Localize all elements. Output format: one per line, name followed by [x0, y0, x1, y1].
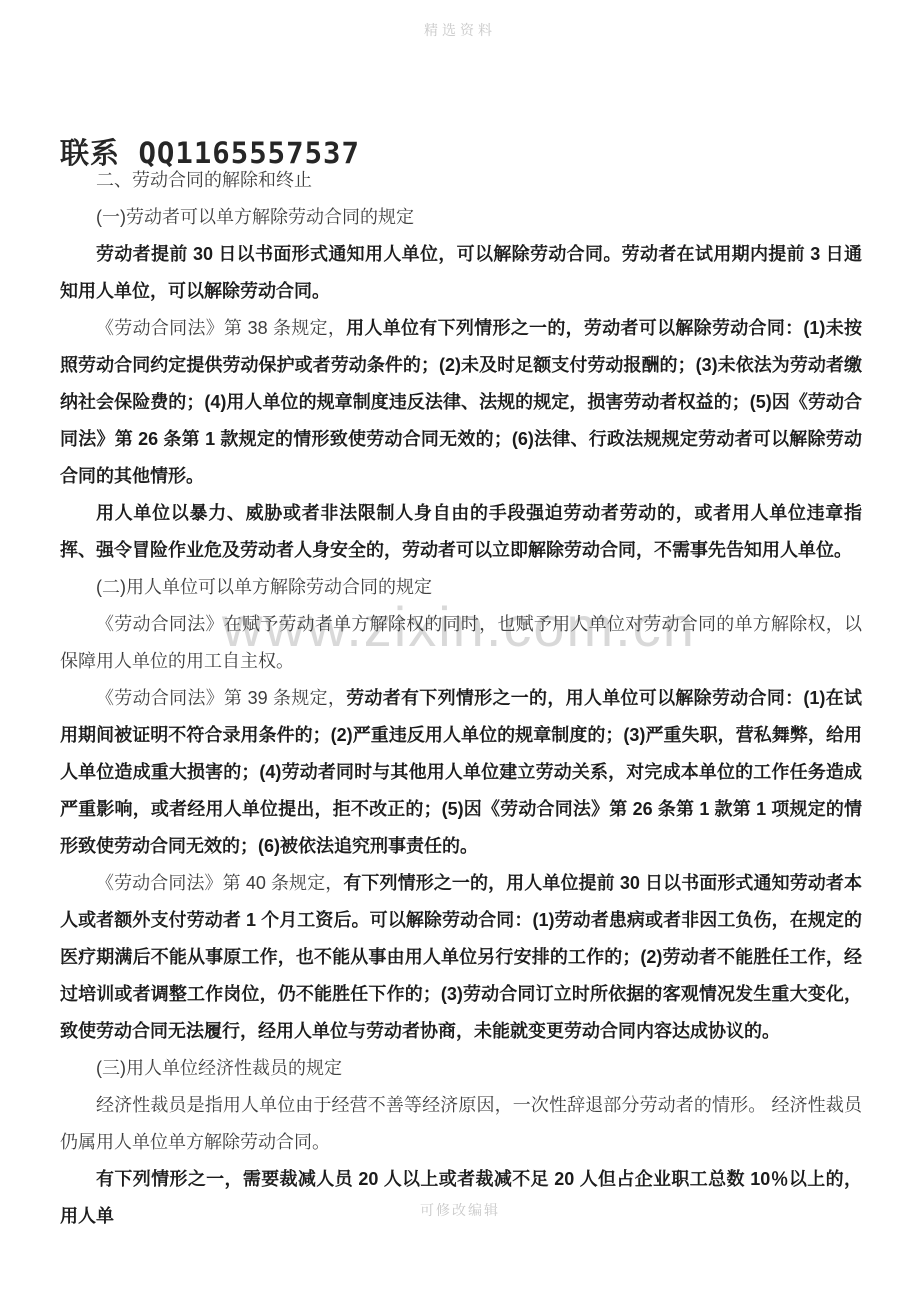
text-run: 经济性裁员是指用人单位由于经营不善等经济原因，一次性辞退部分劳动者的情形。 经济…	[60, 1095, 862, 1152]
page-title: 联系 QQ1165557537	[60, 131, 360, 172]
paragraph: (三)用人单位经济性裁员的规定	[60, 1050, 862, 1087]
text-run: (一)劳动者可以单方解除劳动合同的规定	[96, 207, 414, 227]
paragraph: 有下列情形之一，需要裁减人员 20 人以上或者裁减不足 20 人但占企业职工总数…	[60, 1161, 862, 1235]
paragraph: 《劳动合同法》第 38 条规定，用人单位有下列情形之一的，劳动者可以解除劳动合同…	[60, 310, 862, 495]
document-body: 二、劳动合同的解除和终止(一)劳动者可以单方解除劳动合同的规定劳动者提前 30 …	[60, 162, 862, 1235]
text-run: 《劳动合同法》在赋予劳动者单方解除权的同时，也赋予用人单位对劳动合同的单方解除权…	[60, 614, 862, 671]
text-run-bold: 劳动者提前 30 日以书面形式通知用人单位，可以解除劳动合同。劳动者在试用期内提…	[60, 244, 862, 301]
text-run-bold: 用人单位有下列情形之一的，劳动者可以解除劳动合同：(1)未按照劳动合同约定提供劳…	[60, 318, 862, 486]
text-run: (三)用人单位经济性裁员的规定	[96, 1058, 342, 1078]
document-page: 精选资料 www.zixin.com.cn 联系 QQ1165557537 二、…	[0, 0, 920, 1302]
text-run: (二)用人单位可以单方解除劳动合同的规定	[96, 577, 432, 597]
paragraph: 经济性裁员是指用人单位由于经营不善等经济原因，一次性辞退部分劳动者的情形。 经济…	[60, 1087, 862, 1161]
paragraph: (一)劳动者可以单方解除劳动合同的规定	[60, 199, 862, 236]
text-run: 《劳动合同法》第 40 条规定，	[96, 873, 343, 893]
paragraph: 《劳动合同法》在赋予劳动者单方解除权的同时，也赋予用人单位对劳动合同的单方解除权…	[60, 606, 862, 680]
text-run: 《劳动合同法》第 38 条规定，	[96, 318, 346, 338]
text-run-bold: 有下列情形之一，需要裁减人员 20 人以上或者裁减不足 20 人但占企业职工总数…	[60, 1169, 862, 1226]
page-header-text: 精选资料	[0, 20, 920, 40]
paragraph: 劳动者提前 30 日以书面形式通知用人单位，可以解除劳动合同。劳动者在试用期内提…	[60, 236, 862, 310]
text-run: 《劳动合同法》第 39 条规定，	[96, 688, 346, 708]
text-run-bold: 劳动者有下列情形之一的，用人单位可以解除劳动合同：(1)在试用期间被证明不符合录…	[60, 688, 862, 856]
text-run-bold: 用人单位以暴力、威胁或者非法限制人身自由的手段强迫劳动者劳动的，或者用人单位违章…	[60, 503, 862, 560]
paragraph: 用人单位以暴力、威胁或者非法限制人身自由的手段强迫劳动者劳动的，或者用人单位违章…	[60, 495, 862, 569]
paragraph: (二)用人单位可以单方解除劳动合同的规定	[60, 569, 862, 606]
paragraph: 《劳动合同法》第 39 条规定，劳动者有下列情形之一的，用人单位可以解除劳动合同…	[60, 680, 862, 865]
text-run: 二、劳动合同的解除和终止	[96, 170, 312, 190]
paragraph: 《劳动合同法》第 40 条规定，有下列情形之一的，用人单位提前 30 日以书面形…	[60, 865, 862, 1050]
text-run-bold: 有下列情形之一的，用人单位提前 30 日以书面形式通知劳动者本人或者额外支付劳动…	[60, 873, 862, 1041]
